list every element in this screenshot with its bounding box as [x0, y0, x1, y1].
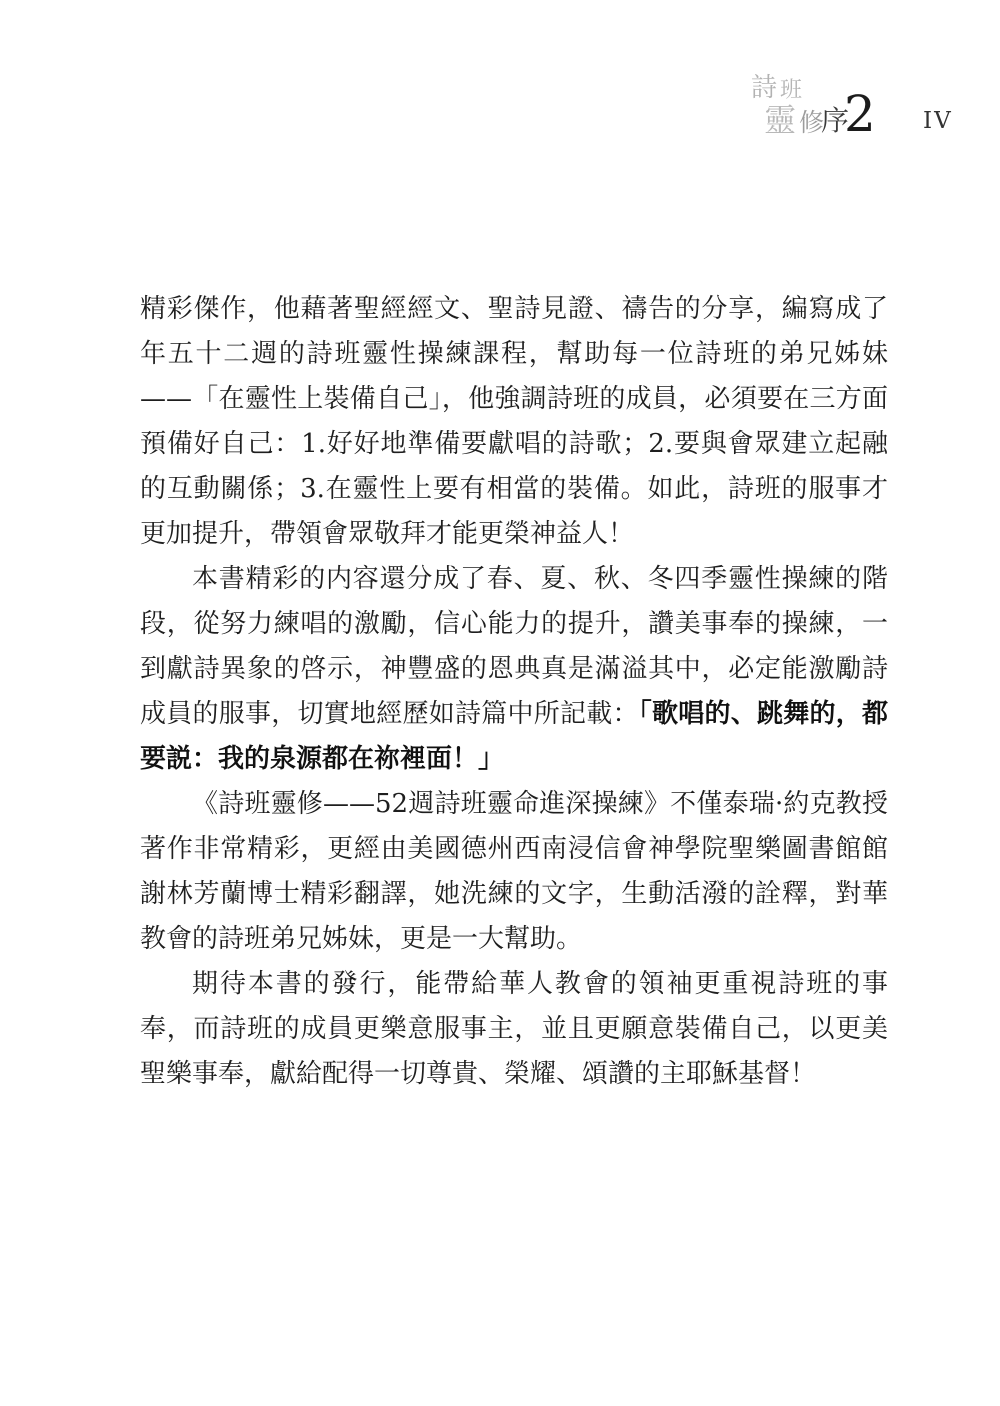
text-line-4: 預備好自己：1.好好地準備要獻唱的詩歌；2.要與會眾建立起融洽: [140, 422, 888, 467]
text-line-13: 著作非常精彩，更經由美國德州西南浸信會神學院聖樂圖書館館長: [140, 827, 888, 872]
logo-char-ban: 班: [780, 80, 802, 102]
text-line-8: 段，從努力練唱的激勵，信心能力的提升，讚美事奉的操練，一直: [140, 602, 888, 647]
text-line-15: 教會的詩班弟兄姊妹，更是一大幫助。: [140, 917, 888, 962]
text-line-10-quote-bold: 「歌唱的、跳舞的，都: [639, 699, 888, 729]
section-number: 2: [844, 89, 876, 139]
text-line-10: 成員的服事，切實地經歷如詩篇中所記載：「歌唱的、跳舞的，都: [140, 692, 888, 737]
body-text: 精彩傑作，他藉著聖經經文、聖詩見證、禱告的分享，編寫成了一 年五十二週的詩班靈性…: [140, 287, 888, 1097]
text-line-16: 期待本書的發行，能帶給華人教會的領袖更重視詩班的事: [140, 962, 888, 1007]
page-number: IV: [923, 110, 953, 133]
text-line-9: 到獻詩異象的啓示，神豐盛的恩典真是滿溢其中，必定能激勵詩班: [140, 647, 888, 692]
text-line-18: 聖樂事奉，獻給配得一切尊貴、榮耀、頌讚的主耶穌基督！: [140, 1052, 888, 1097]
text-line-2: 年五十二週的詩班靈性操練課程，幫助每一位詩班的弟兄姊妹: [140, 332, 888, 377]
logo-char-shi: 詩: [751, 75, 777, 101]
text-line-1: 精彩傑作，他藉著聖經經文、聖詩見證、禱告的分享，編寫成了一: [140, 287, 888, 332]
text-line-12: 《詩班靈修——52週詩班靈命進深操練》不僅泰瑞·約克教授: [140, 782, 888, 827]
book-page: 詩 班 靈 修 序 2 IV 精彩傑作，他藉著聖經經文、聖詩見證、禱告的分享，編…: [0, 0, 1000, 1406]
text-line-11-quote-bold: 要説：我的泉源都在祢裡面！」: [140, 744, 504, 774]
text-line-6: 更加提升，帶領會眾敬拜才能更榮神益人！: [140, 512, 888, 557]
text-line-11: 要説：我的泉源都在祢裡面！」: [140, 737, 888, 782]
text-line-3: ——「在靈性上裝備自己」，他強調詩班的成員，必須要在三方面: [140, 377, 888, 422]
text-line-7: 本書精彩的内容還分成了春、夏、秋、冬四季靈性操練的階: [140, 557, 888, 602]
text-line-14: 謝林芳蘭博士精彩翻譯，她洗練的文字，生動活潑的詮釋，對華人: [140, 872, 888, 917]
text-line-5: 的互動關係；3.在靈性上要有相當的裝備。如此，詩班的服事才能: [140, 467, 888, 512]
text-line-10-normal: 成員的服事，切實地經歷如詩篇中所記載：: [140, 699, 639, 729]
text-line-17: 奉，而詩班的成員更樂意服事主，並且更願意裝備自己，以更美的: [140, 1007, 888, 1052]
logo-char-ling: 靈: [764, 104, 796, 136]
